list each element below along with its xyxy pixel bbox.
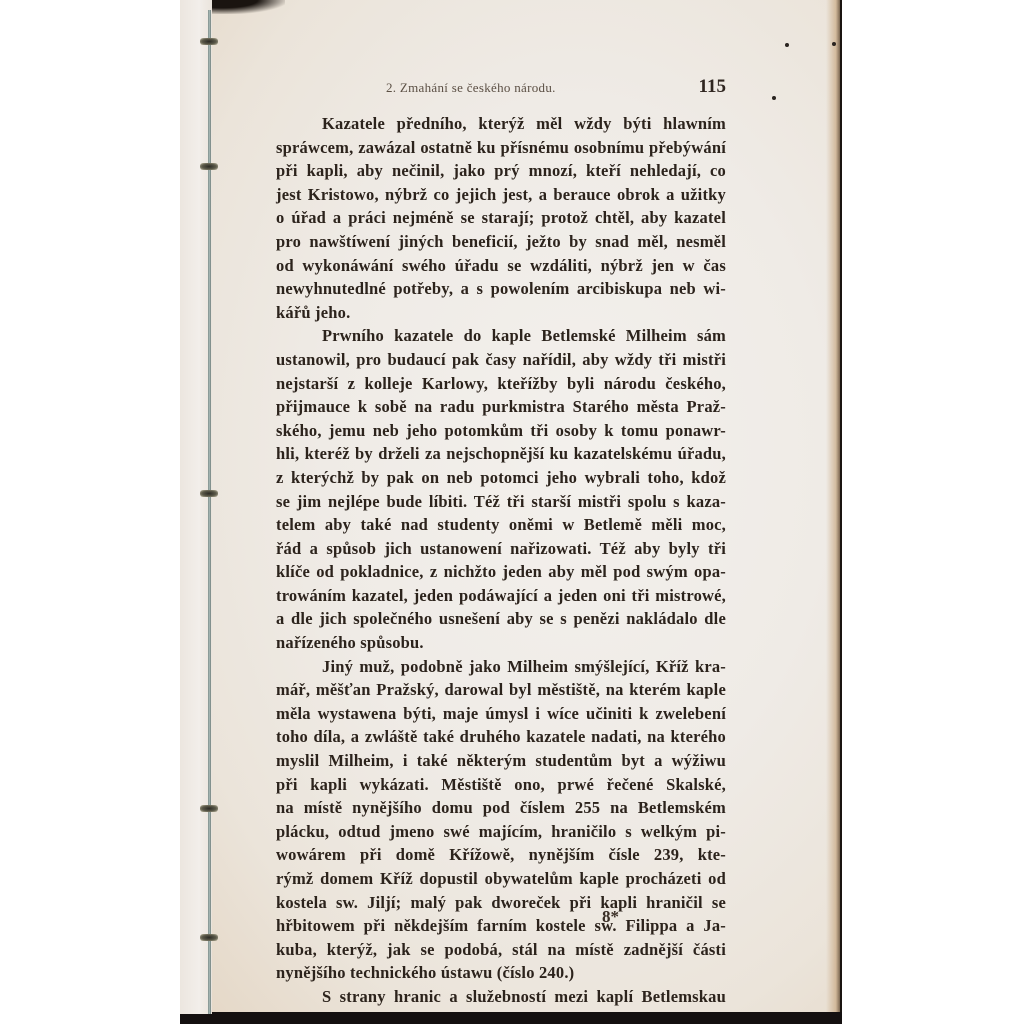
stitch-icon bbox=[200, 490, 218, 497]
text-line: mář, měšťan Pražský, darowal byl městišt… bbox=[276, 678, 726, 702]
text-line: telem aby také nad studenty oněmi w Betl… bbox=[276, 513, 726, 537]
running-head: 2. Zmahání se českého národu. bbox=[386, 80, 556, 96]
text-line: na místě nynějšího domu pod číslem 255 n… bbox=[276, 796, 726, 820]
ink-spot bbox=[772, 96, 776, 100]
text-line: myslil Milheim, i také některým studentů… bbox=[276, 749, 726, 773]
text-line: kuba, kterýž, jak se podobá, stál na mís… bbox=[276, 938, 726, 962]
text-line: jest Kristowo, nýbrž co jejich jest, a b… bbox=[276, 183, 726, 207]
stitch-icon bbox=[200, 934, 218, 941]
ink-spot bbox=[785, 43, 789, 47]
text-line: spráwcem, zawázal ostatně ku přísnému os… bbox=[276, 136, 726, 160]
text-line: ského, jemu neb jeho potomkům tři osoby … bbox=[276, 419, 726, 443]
page-number: 115 bbox=[699, 76, 726, 98]
text-line: rýmž domem Kříž dopustil obywatelům kapl… bbox=[276, 867, 726, 891]
text-line: ustanowil, pro budaucí pak časy nařídil,… bbox=[276, 348, 726, 372]
stitch-icon bbox=[200, 163, 218, 170]
text-line: trowáním kazatel, jeden podáwající a jed… bbox=[276, 584, 726, 608]
text-line: hřbitowem při někdejším farním kostele s… bbox=[276, 914, 726, 938]
text-line: newyhnutedlné potřeby, a s powolením arc… bbox=[276, 277, 726, 301]
text-line: od wykonáwání swého úřadu se wzdáliti, n… bbox=[276, 254, 726, 278]
text-line: Jiný muž, podobně jako Milheim smýšlejíc… bbox=[276, 655, 726, 679]
signature-mark: 8* bbox=[602, 907, 619, 927]
text-line: S strany hranic a služebností mezi kaplí… bbox=[276, 985, 726, 1009]
text-line: pro nawštíwení jiných beneficií, ježto b… bbox=[276, 230, 726, 254]
page-bottom-edge bbox=[180, 1012, 842, 1024]
text-line: o úřad a práci nejméně se starají; proto… bbox=[276, 206, 726, 230]
text-line: plácku, odtud jmeno swé majícím, hraniči… bbox=[276, 820, 726, 844]
text-line: se jim nejlépe bude líbiti. Též tři star… bbox=[276, 490, 726, 514]
ink-spot bbox=[832, 42, 836, 46]
text-line: nařízeného spůsobu. bbox=[276, 631, 726, 655]
text-line: toho díla, a zwláště také druhého kazate… bbox=[276, 725, 726, 749]
text-line: při kapli, aby nečinil, jako prý mnozí, … bbox=[276, 159, 726, 183]
stitch-icon bbox=[200, 38, 218, 45]
text-line: hli, kteréž by drželi za nejschopnější k… bbox=[276, 442, 726, 466]
stitch-icon bbox=[200, 805, 218, 812]
text-line: z kterýchž by pak on neb potomci jeho wy… bbox=[276, 466, 726, 490]
text-line: Kazatele předního, kterýž měl wždy býti … bbox=[276, 112, 726, 136]
text-line: Prwního kazatele do kaple Betlemské Milh… bbox=[276, 324, 726, 348]
text-line: a dle jich společného usnešení aby se s … bbox=[276, 607, 726, 631]
page-header: 2. Zmahání se českého národu. 115 bbox=[276, 74, 726, 102]
text-line: nynějšího technického ústawu (číslo 240.… bbox=[276, 961, 726, 985]
text-line: nejstarší z kolleje Karlowy, kteřížby by… bbox=[276, 372, 726, 396]
text-line: wowárem při domě Křížowě, nynějším čísle… bbox=[276, 843, 726, 867]
text-line: měla wystawena býti, maje úmysl i wíce u… bbox=[276, 702, 726, 726]
text-line: kářů jeho. bbox=[276, 301, 726, 325]
binding-thread bbox=[208, 10, 211, 1014]
text-line: při kapli wykázati. Městiště ono, prwé ř… bbox=[276, 773, 726, 797]
text-line: řád a spůsob jich ustanowení nařizowati.… bbox=[276, 537, 726, 561]
body-text: Kazatele předního, kterýž měl wždy býti … bbox=[276, 112, 726, 1009]
text-line: klíče od pokladnice, z nichžto jeden aby… bbox=[276, 560, 726, 584]
text-line: přijmauce k sobě na radu purkmistra Star… bbox=[276, 395, 726, 419]
text-line: kostela sw. Jiljí; malý pak dworeček při… bbox=[276, 891, 726, 915]
